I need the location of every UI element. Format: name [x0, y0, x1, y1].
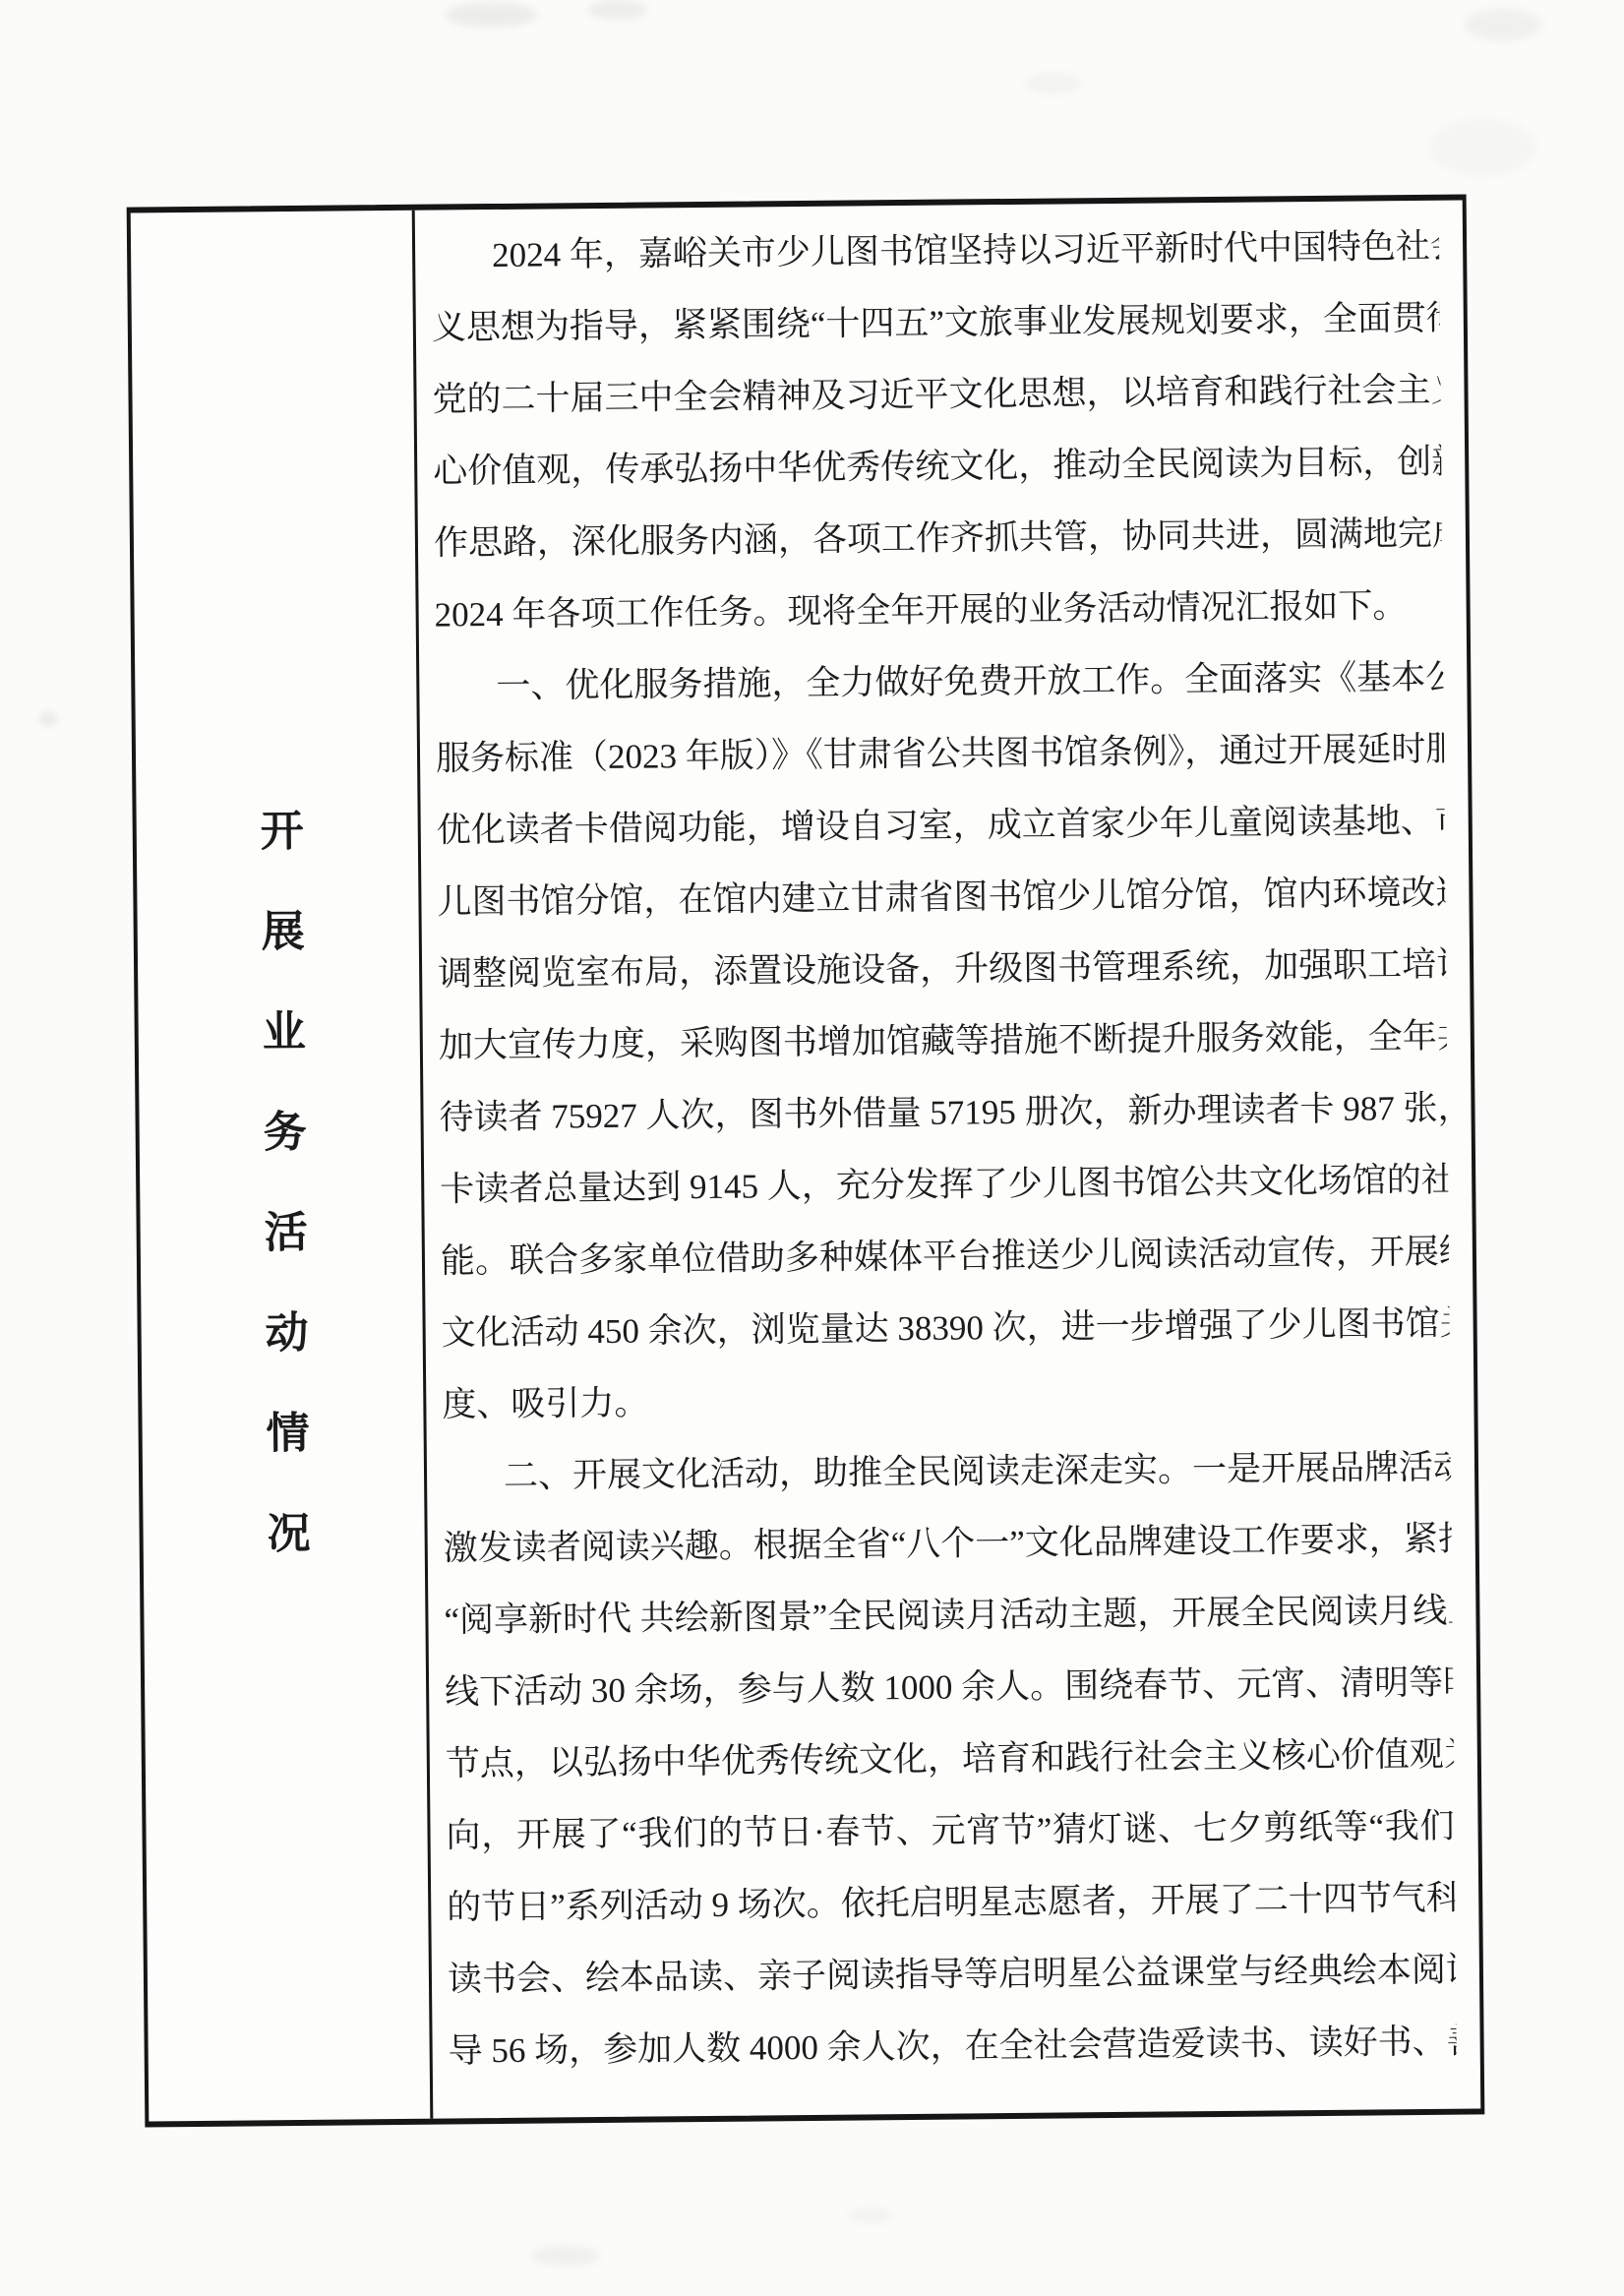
text-line: 文化活动 450 余次，浏览量达 38390 次，进一步增强了少儿图书馆关注: [441, 1288, 1450, 1369]
text-line: 二、开展文化活动，助推全民阅读走深走实。一是开展品牌活动，: [443, 1431, 1452, 1513]
text-line: 儿图书馆分馆，在馆内建立甘肃省图书馆少儿馆分馆，馆内环境改造，: [437, 857, 1446, 938]
text-line: 作思路，深化服务内涵，各项工作齐抓共管，协同共进，圆满地完成了: [434, 498, 1443, 579]
scanned-page: 开展业务活动情况 2024 年，嘉峪关市少儿图书馆坚持以习近平新时代中国特色社会…: [0, 0, 1624, 2296]
text-line: “阅享新时代 共绘新图景”全民阅读月活动主题，开展全民阅读月线上: [444, 1575, 1453, 1657]
report-table: 开展业务活动情况 2024 年，嘉峪关市少儿图书馆坚持以习近平新时代中国特色社会…: [127, 195, 1485, 2128]
scan-artifact: [1428, 118, 1536, 177]
text-line: 导 56 场，参加人数 4000 余人次，在全社会营造爱读书、读好书、善读: [448, 2006, 1457, 2087]
text-line: 2024 年各项工作任务。现将全年开展的业务活动情况汇报如下。: [434, 570, 1443, 651]
text-line: 待读者 75927 人次，图书外借量 57195 册次，新办理读者卡 987 张…: [439, 1072, 1448, 1154]
text-line: 的节日”系列活动 9 场次。依托启明星志愿者，开展了二十四节气科普: [447, 1862, 1456, 1944]
row-header-label: 开展业务活动情况: [246, 808, 317, 1611]
text-line: 激发读者阅读兴趣。根据全省“八个一”文化品牌建设工作要求，紧扣: [443, 1503, 1452, 1585]
scan-artifact: [1025, 73, 1082, 94]
text-line: 能。联合多家单位借助多种媒体平台推送少儿阅读活动宣传，开展线上: [441, 1216, 1450, 1298]
row-header-cell: 开展业务活动情况: [131, 211, 434, 2122]
text-line: 加大宣传力度，采购图书增加馆藏等措施不断提升服务效能，全年共接: [439, 1000, 1448, 1082]
scan-artifact: [39, 712, 57, 726]
text-line: 义思想为指导，紧紧围绕“十四五”文旅事业发展规划要求，全面贯彻: [432, 282, 1441, 364]
text-line: 度、吸引力。: [442, 1359, 1451, 1441]
text-line: 优化读者卡借阅功能，增设自习室，成立首家少年儿童阅读基地、市少: [436, 785, 1445, 867]
scan-artifact: [848, 2207, 893, 2223]
text-line: 卡读者总量达到 9145 人，充分发挥了少儿图书馆公共文化场馆的社会职: [440, 1144, 1449, 1226]
text-line: 2024 年，嘉峪关市少儿图书馆坚持以习近平新时代中国特色社会主: [431, 211, 1440, 292]
scan-artifact: [531, 2245, 600, 2266]
text-line: 调整阅览室布局，添置设施设备，升级图书管理系统，加强职工培训，: [438, 929, 1447, 1010]
scan-artifact: [1464, 8, 1542, 41]
text-line: 节点，以弘扬中华优秀传统文化，培育和践行社会主义核心价值观为导: [446, 1719, 1455, 1800]
report-body-cell: 2024 年，嘉峪关市少儿图书馆坚持以习近平新时代中国特色社会主 义思想为指导，…: [415, 201, 1481, 2119]
text-line: 党的二十届三中全会精神及习近平文化思想，以培育和践行社会主义核: [432, 354, 1441, 436]
text-line: 服务标准（2023 年版）》《甘肃省公共图书馆条例》，通过开展延时服务，: [436, 713, 1445, 795]
text-line: 一、优化服务措施，全力做好免费开放工作。全面落实《基本公共: [435, 641, 1444, 723]
scan-artifact: [588, 0, 647, 20]
text-line: 心价值观，传承弘扬中华优秀传统文化，推动全民阅读为目标，创新工: [433, 426, 1442, 508]
text-line: 线下活动 30 余场，参与人数 1000 余人。围绕春节、元宵、清明等时间: [445, 1647, 1454, 1728]
scan-artifact: [445, 2, 538, 28]
text-line: 向，开展了“我们的节日·春节、元宵节”猜灯谜、七夕剪纸等“我们: [446, 1790, 1455, 1872]
text-line: 读书会、绘本品读、亲子阅读指导等启明星公益课堂与经典绘本阅读指: [448, 1934, 1457, 2016]
